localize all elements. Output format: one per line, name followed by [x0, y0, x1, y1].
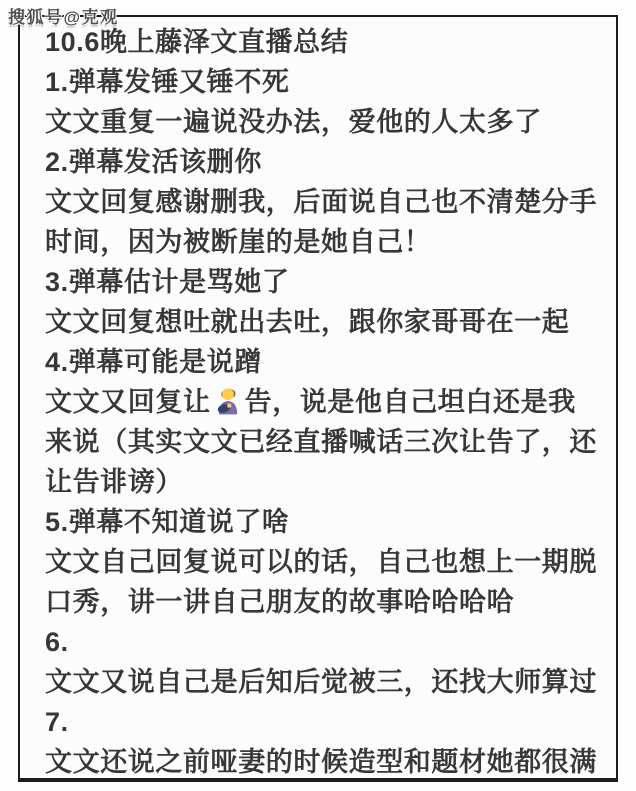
summary-line: 文文回复想吐就出去吐，跟你家哥哥在一起 — [45, 302, 610, 342]
summary-line: 7. — [45, 702, 610, 742]
summary-line: 4.弹幕可能是说蹭 — [45, 342, 610, 382]
summary-line: 1.弹幕发锤又锤不死 — [45, 62, 610, 102]
screenshot-card: 10.6晚上藤泽文直播总结 1.弹幕发锤又锤不死 文文重复一遍说没办法，爱他的人… — [18, 15, 618, 782]
summary-line: 2.弹幕发活该删你 — [45, 142, 610, 182]
summary-line: 5.弹幕不知道说了啥 — [45, 502, 610, 542]
summary-line: 文文还说之前哑妻的时候造型和题材她都很满 — [45, 742, 610, 782]
summary-line: 文文重复一遍说没办法，爱他的人太多了 — [45, 102, 610, 142]
summary-line: 文文又说自己是后知后觉被三，还找大师算过 — [45, 662, 610, 702]
summary-title: 10.6晚上藤泽文直播总结 — [45, 22, 610, 62]
livestream-summary-text: 10.6晚上藤泽文直播总结 1.弹幕发锤又锤不死 文文重复一遍说没办法，爱他的人… — [20, 17, 616, 782]
souhu-watermark: 搜狐号@克观 — [8, 3, 119, 28]
summary-line-text-post: 告，说是他自己坦白还是我 — [245, 387, 576, 417]
summary-line: 口秀，讲一讲自己朋友的故事哈哈哈哈 — [45, 582, 610, 622]
breast-feeding-emoji — [213, 386, 243, 416]
summary-line: 来说（其实文文已经直播喊话三次让告了，还 — [45, 422, 610, 462]
summary-line: 时间，因为被断崖的是她自己！ — [45, 222, 610, 262]
summary-line: 文文回复感谢删我，后面说自己也不清楚分手 — [45, 182, 610, 222]
summary-line: 让告诽谤） — [45, 462, 610, 502]
summary-line: 文文自己回复说可以的话，自己也想上一期脱 — [45, 542, 610, 582]
summary-line-with-emoji: 文文又回复让 告，说是他自己坦白还是我 — [45, 382, 610, 422]
summary-line: 3.弹幕估计是骂她了 — [45, 262, 610, 302]
summary-line: 6. — [45, 622, 610, 662]
summary-line-text-pre: 文文又回复让 — [45, 387, 211, 417]
